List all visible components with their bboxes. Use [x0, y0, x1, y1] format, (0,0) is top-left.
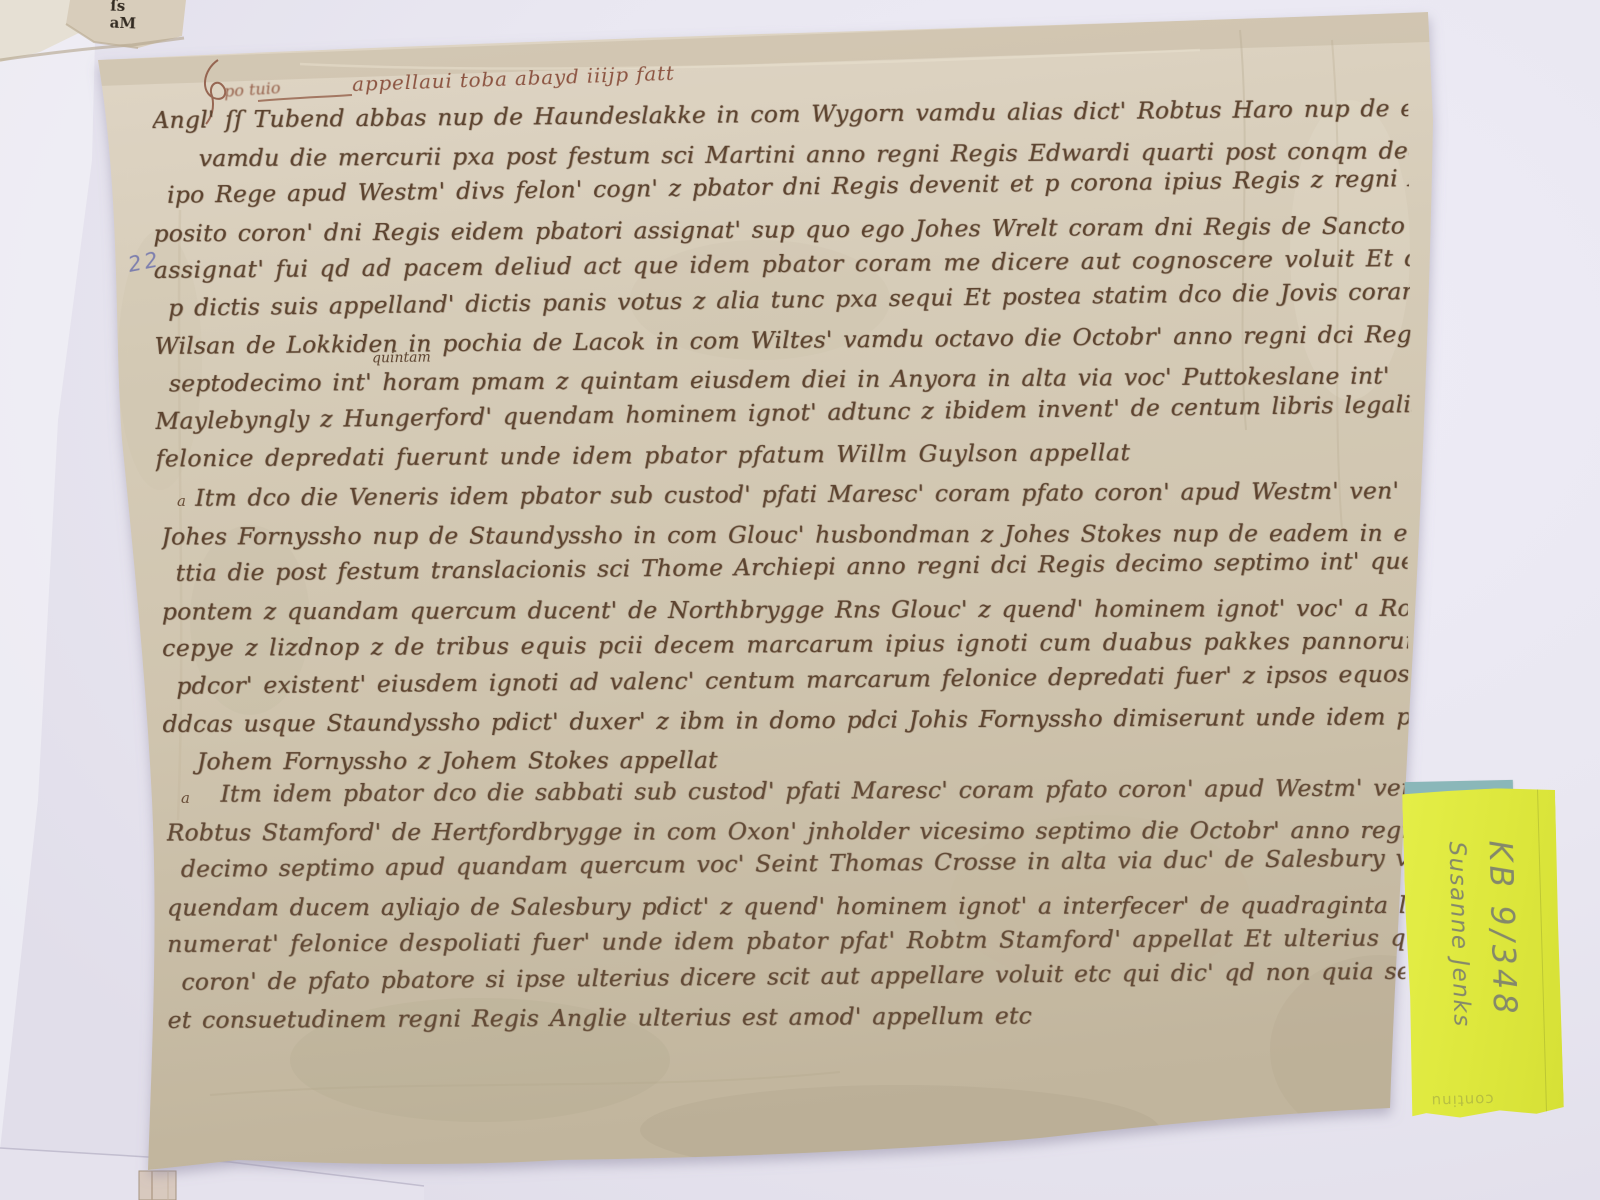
- sticky-note-reference: KB 9/348: [1481, 840, 1526, 1077]
- photo-of-manuscript: ſs aM po tuio appellaui toba abayd iiijp…: [0, 0, 1600, 1200]
- sticky-note-ghost-text: continu: [1430, 1091, 1493, 1111]
- manuscript-line: et consuetudinem regni Regis Anglie ulte…: [167, 995, 1405, 1038]
- manuscript-line: ddcas usque Staundyssho pdict' duxer' z …: [162, 698, 1408, 743]
- sticky-note-writing: KB 9/348 Susanne Jenks: [1443, 840, 1526, 1078]
- manuscript-paragraph-2: Itm dco die Veneris idem pbator sub cust…: [161, 472, 1409, 784]
- sticky-note-name: Susanne Jenks: [1443, 841, 1476, 1078]
- header-margin-note: po tuio: [223, 78, 281, 101]
- sticky-note-crease-line: [1537, 787, 1547, 1119]
- fragment-glyph-bottom: aM: [109, 15, 136, 33]
- corner-tab: [139, 1171, 176, 1200]
- manuscript-paragraph-3: Itm idem pbator dco die sabbati sub cust…: [166, 770, 1405, 1038]
- interline-insertion: quintam: [372, 349, 431, 366]
- fragment-glyphs: ſs aM: [109, 0, 136, 32]
- manuscript-line: Itm dco die Veneris idem pbator sub cust…: [161, 472, 1407, 517]
- sticky-note: KB 9/348 Susanne Jenks continu: [1402, 787, 1564, 1123]
- backdrop-sheet-left: [0, 0, 96, 1150]
- manuscript-line: felonice depredati fuerunt unde idem pba…: [155, 433, 1411, 479]
- manuscript-paragraph-1: Angl' ſſ Tubend abbas nup de Haundeslakk…: [152, 90, 1412, 482]
- manuscript-line: Itm idem pbator dco die sabbati sub cust…: [166, 770, 1404, 814]
